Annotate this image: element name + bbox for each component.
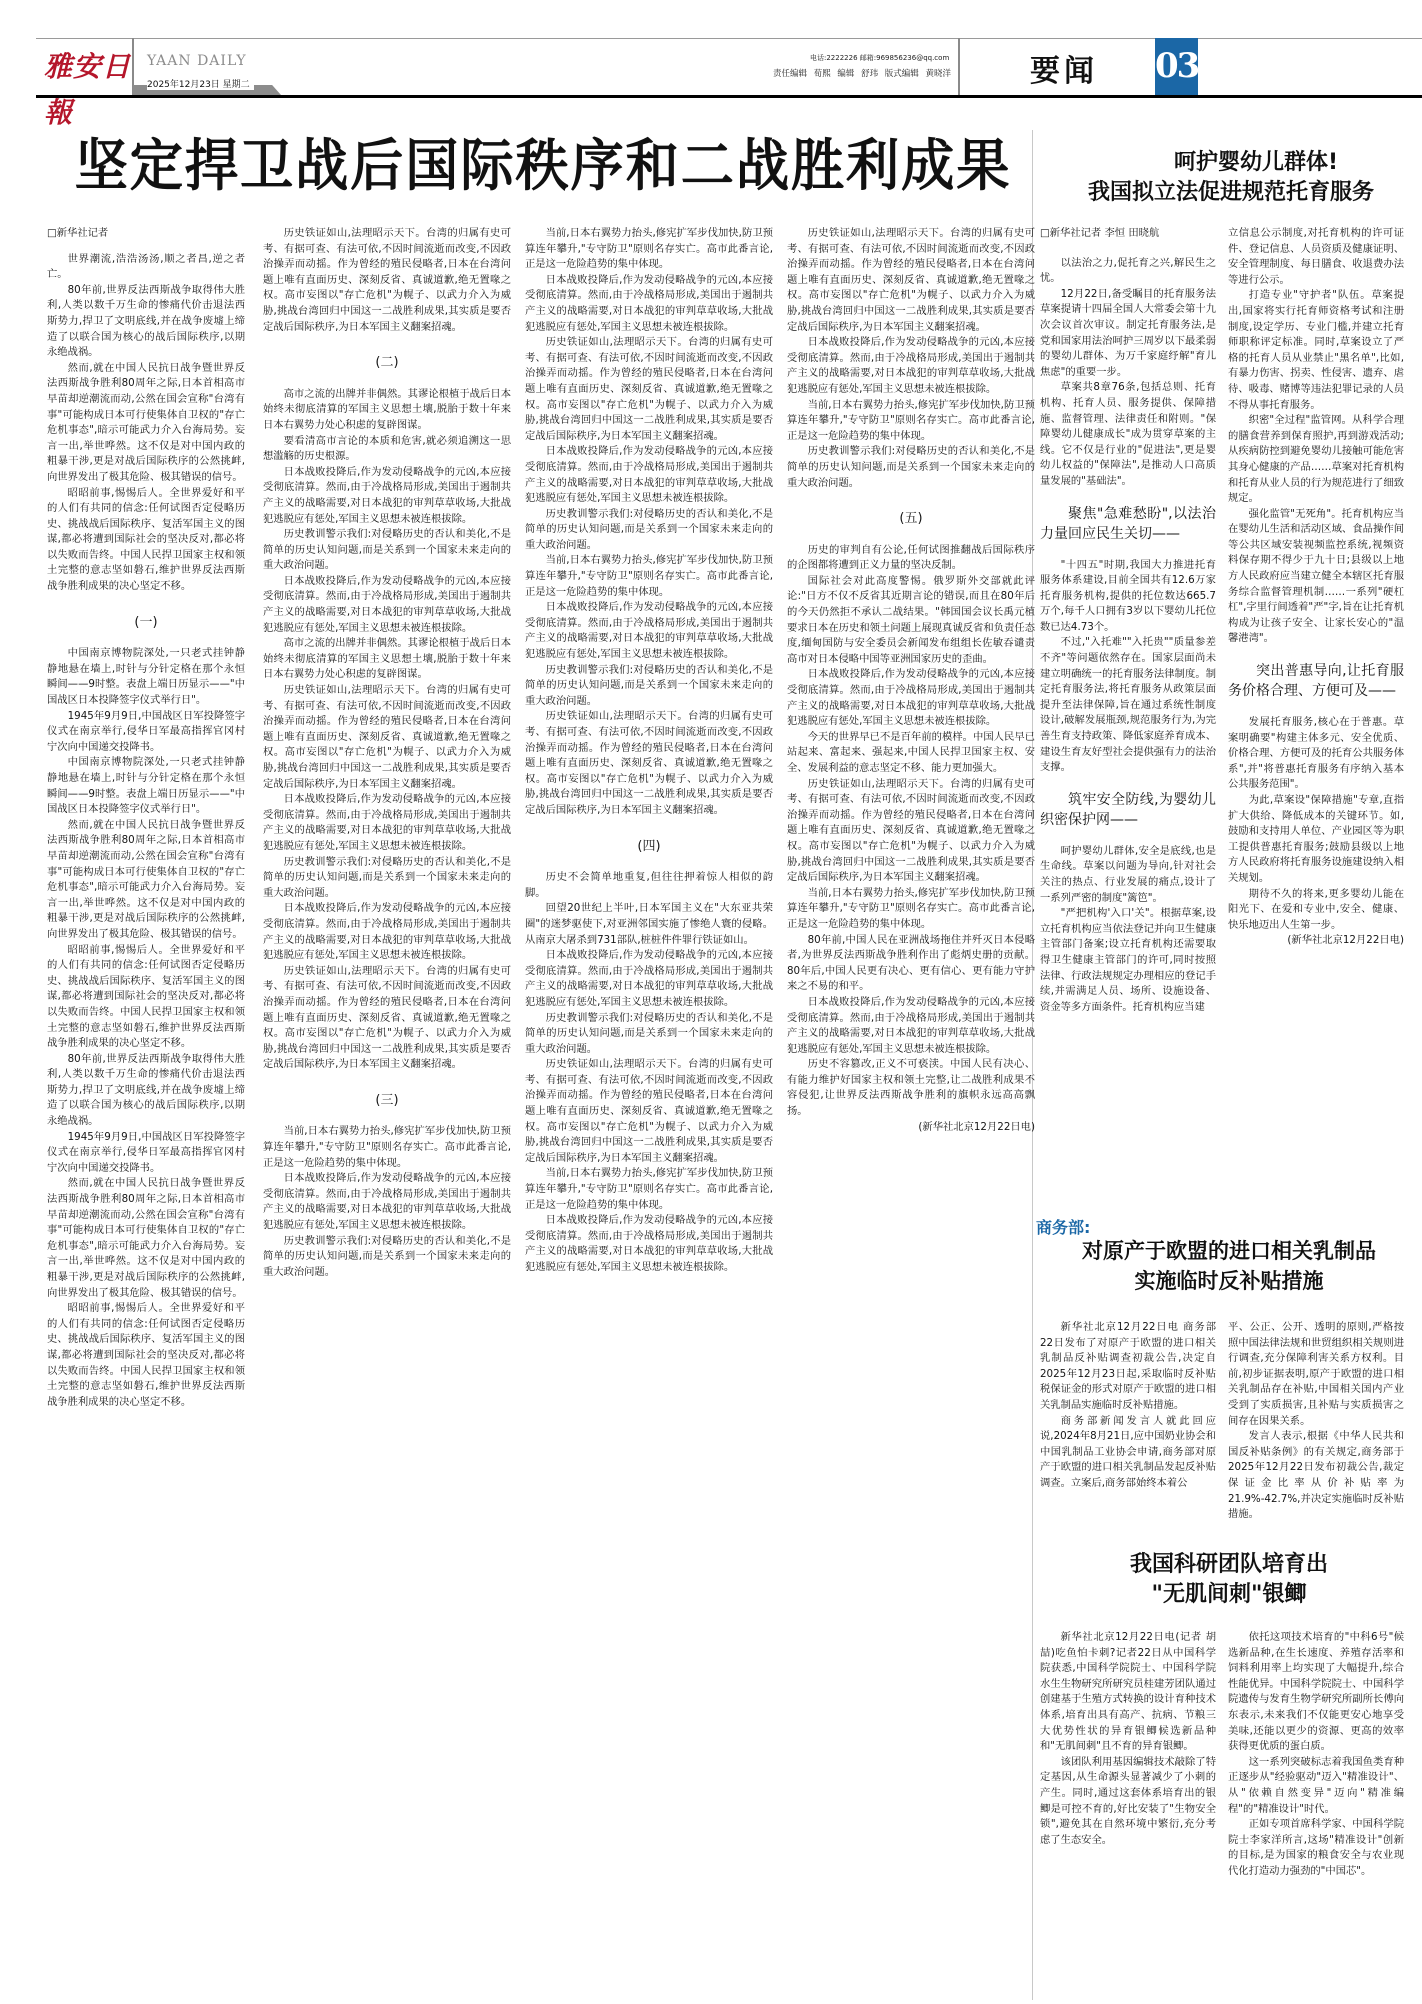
paragraph: 高市之流的出牌并非偶然。其谬论根植于战后日本始终未彻底清算的军国主义思想土壤,脱…: [263, 636, 511, 683]
paragraph: 80年前,中国人民在亚洲战场拖住并歼灭日本侵略者,为世界反法西斯战争胜利作出了彪…: [787, 933, 1035, 995]
paragraph: 历史不会简单地重复,但往往押着惊人相似的韵脚。: [525, 870, 773, 901]
section-name: 要闻: [1030, 46, 1098, 90]
dateline: (新华社北京12月22日电): [1228, 933, 1404, 949]
side-story-2-headline: 对原产于欧盟的进口相关乳制品 实施临时反补贴措施: [1036, 1236, 1422, 1296]
paragraph: 然而,就在中国人民抗日战争暨世界反法西斯战争胜利80周年之际,日本首相高市早苗却…: [47, 1176, 245, 1301]
paragraph: 新华社北京12月22日电 商务部22日发布了对原产于欧盟的进口相关乳制品反补贴调…: [1040, 1320, 1216, 1414]
paragraph: 不过,"入托难""入托贵""质量参差不齐"等问题依然存在。国家层面尚未建立明确统…: [1040, 635, 1216, 775]
paragraph: 历史教训警示我们:对侵略历史的否认和美化,不是简单的历史认知问题,而是关系到一个…: [263, 1234, 511, 1281]
headline-line-1: 对原产于欧盟的进口相关乳制品: [1036, 1236, 1422, 1266]
issue-date: 2025年12月23日 星期二: [147, 77, 254, 90]
paragraph: 当前,日本右翼势力抬头,修宪扩军步伐加快,防卫预算连年攀升,"专守防卫"原则名存…: [525, 553, 773, 600]
contact-info: 电话:2222226 邮箱:969856236@qq.com: [810, 53, 949, 63]
masthead-rule: [36, 95, 1422, 98]
subheading: 筑牢安全防线,为婴幼儿织密保护网——: [1040, 790, 1216, 830]
paragraph: 历史铁证如山,法理昭示天下。台湾的归属有史可考、有据可查、有法可依,不因时间流逝…: [787, 777, 1035, 886]
paragraph: 历史铁证如山,法理昭示天下。台湾的归属有史可考、有据可查、有法可依,不因时间流逝…: [263, 683, 511, 792]
paragraph: 打造专业"守护者"队伍。草案提出,国家将实行托育师资格考试和注册制度,设定学历、…: [1228, 288, 1404, 413]
paragraph: 平、公正、公开、透明的原则,严格按照中国法律法规和世贸组织相关规则进行调查,充分…: [1228, 1320, 1404, 1429]
headline-line-2: "无肌间刺"银鲫: [1036, 1580, 1422, 1610]
paragraph: 发展托育服务,核心在于普惠。草案明确要"构建主体多元、安全优质、价格合理、方便可…: [1228, 715, 1404, 793]
paragraph: 昭昭前事,惕惕后人。全世界爱好和平的人们有共同的信念:任何试图否定侵略历史、挑战…: [47, 943, 245, 1052]
paragraph: 立信息公示制度,对托育机构的许可证件、登记信息、人员资质及健康证明、安全管理制度…: [1228, 226, 1404, 288]
paragraph: 回望20世纪上半叶,日本军国主义在"大东亚共荣圈"的迷梦驱使下,对亚洲邻国实施了…: [525, 901, 773, 948]
paragraph: 日本战败投降后,作为发动侵略战争的元凶,本应接受彻底清算。然而,由于冷战格局形成…: [263, 574, 511, 636]
paragraph: 历史铁证如山,法理昭示天下。台湾的归属有史可考、有据可查、有法可依,不因时间流逝…: [263, 226, 511, 335]
paragraph: 历史教训警示我们:对侵略历史的否认和美化,不是简单的历史认知问题,而是关系到一个…: [525, 663, 773, 710]
paragraph: "严把机构'入口'关"。根据草案,设立托育机构应当依法登记并向卫生健康主管部门备…: [1040, 906, 1216, 1015]
story-kicker: 商务部:: [1036, 1215, 1090, 1238]
paragraph: 商务部新闻发言人就此回应说,2024年8月21日,应中国奶业协会和中国乳制品工业…: [1040, 1414, 1216, 1492]
side-story-3-headline: 我国科研团队培育出 "无肌间刺"银鲫: [1036, 1550, 1422, 1610]
side-story-3-col-2: 依托这项技术培育的"中科6号"候选新品种,在生长速度、养殖存活率和饲料利用率上均…: [1228, 1630, 1404, 1990]
side-story-1-col-2: 立信息公示制度,对托育机构的许可证件、登记信息、人员资质及健康证明、安全管理制度…: [1228, 226, 1404, 1236]
paragraph: 中国南京博物院深处,一只老式挂钟静静地悬在墙上,时针与分针定格在那个永恒瞬间——…: [47, 755, 245, 817]
dateline: (新华社北京12月22日电): [787, 1120, 1035, 1136]
side-story-1-col-1: □新华社记者 李恒 田晓航 以法治之力,促托育之兴,解民生之忧。 12月22日,…: [1040, 226, 1216, 1236]
masthead-divider-2: [958, 38, 960, 95]
section-marker: (四): [525, 839, 773, 855]
paragraph: 日本战败投降后,作为发动侵略战争的元凶,本应接受彻底清算。然而,由于冷战格局形成…: [787, 995, 1035, 1057]
paragraph: 历史铁证如山,法理昭示天下。台湾的归属有史可考、有据可查、有法可依,不因时间流逝…: [525, 335, 773, 444]
paragraph: 今天的世界早已不是百年前的模样。中国人民早已站起来、富起来、强起来,中国人民捍卫…: [787, 730, 1035, 777]
paragraph: 当前,日本右翼势力抬头,修宪扩军步伐加快,防卫预算连年攀升,"专守防卫"原则名存…: [525, 1166, 773, 1213]
paragraph: 历史教训警示我们:对侵略历史的否认和美化,不是简单的历史认知问题,而是关系到一个…: [525, 1011, 773, 1058]
headline-line-1: 我国科研团队培育出: [1036, 1550, 1422, 1580]
paragraph: 期待不久的将来,更多婴幼儿能在阳光下、在爱和专业中,安全、健康、快乐地迈出人生第…: [1228, 887, 1404, 934]
paragraph: 1945年9月9日,中国战区日军投降签字仪式在南京举行,侵华日军最高指挥官冈村宁…: [47, 1130, 245, 1177]
editor-credits: 责任编辑 荀熙 编辑 舒玮 版式编辑 黄晓洋: [773, 67, 951, 79]
paragraph: 国际社会对此高度警惕。俄罗斯外交部就此评论:"日方不仅不反省其近期言论的错误,而…: [787, 574, 1035, 668]
paragraph: 80年前,世界反法西斯战争取得伟大胜利,人类以数千万生命的惨痛代价击退法西斯势力…: [47, 283, 245, 361]
paragraph: 历史铁证如山,法理昭示天下。台湾的归属有史可考、有据可查、有法可依,不因时间流逝…: [787, 226, 1035, 335]
section-marker: (五): [787, 511, 1035, 527]
paragraph: 历史教训警示我们:对侵略历史的否认和美化,不是简单的历史认知问题,而是关系到一个…: [525, 507, 773, 554]
paragraph: 历史教训警示我们:对侵略历史的否认和美化,不是简单的历史认知问题,而是关系到一个…: [263, 527, 511, 574]
section-marker: (一): [47, 615, 245, 631]
paragraph: 历史的审判自有公论,任何试图推翻战后国际秩序的企图都将遭到正义力量的坚决反制。: [787, 543, 1035, 574]
paragraph: 日本战败投降后,作为发动侵略战争的元凶,本应接受彻底清算。然而,由于冷战格局形成…: [263, 1171, 511, 1233]
paragraph: 该团队利用基因编辑技术敲除了特定基因,从生命源头显著减少了小刺的产生。同时,通过…: [1040, 1755, 1216, 1849]
subheading: 聚焦"急难愁盼",以法治力量回应民生关切——: [1040, 504, 1216, 544]
main-headline: 坚定捍卫战后国际秩序和二战胜利成果: [73, 132, 1014, 202]
paragraph: 历史教训警示我们:对侵略历史的否认和美化,不是简单的历史认知问题,而是关系到一个…: [263, 855, 511, 902]
page-number: 03: [1155, 38, 1198, 95]
paragraph: 以法治之力,促托育之兴,解民生之忧。: [1040, 256, 1216, 287]
main-article-col-1: □新华社记者 世界潮流,浩浩汤汤,顺之者昌,逆之者亡。 80年前,世界反法西斯战…: [47, 226, 245, 1996]
paragraph: 日本战败投降后,作为发动侵略战争的元凶,本应接受彻底清算。然而,由于冷战格局形成…: [787, 335, 1035, 397]
paragraph: 日本战败投降后,作为发动侵略战争的元凶,本应接受彻底清算。然而,由于冷战格局形成…: [263, 792, 511, 854]
paragraph: 世界潮流,浩浩汤汤,顺之者昌,逆之者亡。: [47, 252, 245, 283]
paragraph: 日本战败投降后,作为发动侵略战争的元凶,本应接受彻底清算。然而,由于冷战格局形成…: [525, 1213, 773, 1275]
paragraph: "十四五"时期,我国大力推进托育服务体系建设,目前全国共有12.6万家托育服务机…: [1040, 558, 1216, 636]
main-article-col-3: 当前,日本右翼势力抬头,修宪扩军步伐加快,防卫预算连年攀升,"专守防卫"原则名存…: [525, 226, 773, 1996]
paragraph: 日本战败投降后,作为发动侵略战争的元凶,本应接受彻底清算。然而,由于冷战格局形成…: [787, 667, 1035, 729]
paragraph: 这一系列突破标志着我国鱼类育种正逐步从"经验驱动"迈入"精准设计"、从"依赖自然…: [1228, 1755, 1404, 1817]
paragraph: 1945年9月9日,中国战区日军投降签字仪式在南京举行,侵华日军最高指挥官冈村宁…: [47, 709, 245, 756]
paragraph: 日本战败投降后,作为发动侵略战争的元凶,本应接受彻底清算。然而,由于冷战格局形成…: [525, 600, 773, 662]
paragraph: 80年前,世界反法西斯战争取得伟大胜利,人类以数千万生命的惨痛代价击退法西斯势力…: [47, 1052, 245, 1130]
paragraph: 呵护婴幼儿群体,安全是底线,也是生命线。草案以问题为导向,针对社会关注的热点、行…: [1040, 844, 1216, 906]
paragraph: 当前,日本右翼势力抬头,修宪扩军步伐加快,防卫预算连年攀升,"专守防卫"原则名存…: [787, 398, 1035, 445]
paragraph: 昭昭前事,惕惕后人。全世界爱好和平的人们有共同的信念:任何试图否定侵略历史、挑战…: [47, 486, 245, 595]
english-name: YAAN DAILY: [147, 53, 247, 69]
main-article-col-2: 历史铁证如山,法理昭示天下。台湾的归属有史可考、有据可查、有法可依,不因时间流逝…: [263, 226, 511, 1996]
paragraph: 当前,日本右翼势力抬头,修宪扩军步伐加快,防卫预算连年攀升,"专守防卫"原则名存…: [263, 1124, 511, 1171]
byline: □新华社记者 李恒 田晓航: [1040, 226, 1216, 242]
paragraph: 历史不容篡改,正义不可亵渎。中国人民有决心、有能力维护好国家主权和领土完整,让二…: [787, 1057, 1035, 1119]
paragraph: 要看清高市言论的本质和危害,就必须追溯这一思想滥觞的历史根源。: [263, 434, 511, 465]
paragraph: 昭昭前事,惕惕后人。全世界爱好和平的人们有共同的信念:任何试图否定侵略历史、挑战…: [47, 1301, 245, 1410]
subheading: 突出普惠导向,让托育服务价格合理、方便可及——: [1228, 661, 1404, 701]
paragraph: 12月22日,备受瞩目的托育服务法草案提请十四届全国人大常委会第十九次会议首次审…: [1040, 287, 1216, 381]
side-story-3-col-1: 新华社北京12月22日电(记者 胡喆)吃鱼怕卡刺?记者22日从中国科学院获悉,中…: [1040, 1630, 1216, 1990]
paragraph: 当前,日本右翼势力抬头,修宪扩军步伐加快,防卫预算连年攀升,"专守防卫"原则名存…: [787, 886, 1035, 933]
paragraph: 历史铁证如山,法理昭示天下。台湾的归属有史可考、有据可查、有法可依,不因时间流逝…: [525, 1057, 773, 1166]
paragraph: 中国南京博物院深处,一只老式挂钟静静地悬在墙上,时针与分针定格在那个永恒瞬间——…: [47, 646, 245, 708]
paragraph: 历史铁证如山,法理昭示天下。台湾的归属有史可考、有据可查、有法可依,不因时间流逝…: [525, 709, 773, 818]
paragraph: 日本战败投降后,作为发动侵略战争的元凶,本应接受彻底清算。然而,由于冷战格局形成…: [263, 901, 511, 963]
paragraph: 正如专项首席科学家、中国科学院院士李家洋所言,这场"精准设计"创新的目标,是为国…: [1228, 1817, 1404, 1879]
paragraph: 高市之流的出牌并非偶然。其谬论根植于战后日本始终未彻底清算的军国主义思想土壤,脱…: [263, 387, 511, 434]
paragraph: 新华社北京12月22日电(记者 胡喆)吃鱼怕卡刺?记者22日从中国科学院获悉,中…: [1040, 1630, 1216, 1755]
main-article-col-4: 历史铁证如山,法理昭示天下。台湾的归属有史可考、有据可查、有法可依,不因时间流逝…: [787, 226, 1035, 1996]
side-story-2-col-1: 新华社北京12月22日电 商务部22日发布了对原产于欧盟的进口相关乳制品反补贴调…: [1040, 1320, 1216, 1520]
paragraph: 草案共8章76条,包括总则、托育机构、托育人员、服务提供、保障措施、监督管理、法…: [1040, 380, 1216, 489]
byline: □新华社记者: [47, 226, 245, 242]
paragraph: 发言人表示,根据《中华人民共和国反补贴条例》的有关规定,商务部于2025年12月…: [1228, 1429, 1404, 1520]
paragraph: 依托这项技术培育的"中科6号"候选新品种,在生长速度、养殖存活率和饲料利用率上均…: [1228, 1630, 1404, 1755]
paragraph: 日本战败投降后,作为发动侵略战争的元凶,本应接受彻底清算。然而,由于冷战格局形成…: [525, 273, 773, 335]
section-marker: (三): [263, 1093, 511, 1109]
paragraph: 日本战败投降后,作为发动侵略战争的元凶,本应接受彻底清算。然而,由于冷战格局形成…: [263, 465, 511, 527]
paragraph: 当前,日本右翼势力抬头,修宪扩军步伐加快,防卫预算连年攀升,"专守防卫"原则名存…: [525, 226, 773, 273]
paragraph: 然而,就在中国人民抗日战争暨世界反法西斯战争胜利80周年之际,日本首相高市早苗却…: [47, 818, 245, 943]
headline-line-1: 呵护婴幼儿群体!: [1040, 148, 1422, 178]
paragraph: 织密"全过程"监管网。从科学合理的膳食营养到保育照护,再到游戏活动;从疾病防控到…: [1228, 413, 1404, 507]
paragraph: 日本战败投降后,作为发动侵略战争的元凶,本应接受彻底清算。然而,由于冷战格局形成…: [525, 948, 773, 1010]
side-story-1-headline: 呵护婴幼儿群体! 我国拟立法促进规范托育服务: [1040, 148, 1422, 208]
paragraph: 日本战败投降后,作为发动侵略战争的元凶,本应接受彻底清算。然而,由于冷战格局形成…: [525, 444, 773, 506]
paragraph: 然而,就在中国人民抗日战争暨世界反法西斯战争胜利80周年之际,日本首相高市早苗却…: [47, 361, 245, 486]
section-marker: (二): [263, 355, 511, 371]
paragraph: 为此,草案设"保障措施"专章,直指扩大供给、降低成本的关键环节。如,鼓励和支持用…: [1228, 793, 1404, 887]
headline-line-2: 实施临时反补贴措施: [1036, 1266, 1422, 1296]
side-story-2-col-2: 平、公正、公开、透明的原则,严格按照中国法律法规和世贸组织相关规则进行调查,充分…: [1228, 1320, 1404, 1520]
paragraph: 历史铁证如山,法理昭示天下。台湾的归属有史可考、有据可查、有法可依,不因时间流逝…: [263, 964, 511, 1073]
paragraph: 强化监管"无死角"。托育机构应当在婴幼儿生活和活动区域、食品操作间等公共区域安装…: [1228, 507, 1404, 647]
headline-line-2: 我国拟立法促进规范托育服务: [1088, 180, 1374, 205]
newspaper-logo: 雅安日報: [44, 44, 134, 90]
paragraph: 历史教训警示我们:对侵略历史的否认和美化,不是简单的历史认知问题,而是关系到一个…: [787, 444, 1035, 491]
